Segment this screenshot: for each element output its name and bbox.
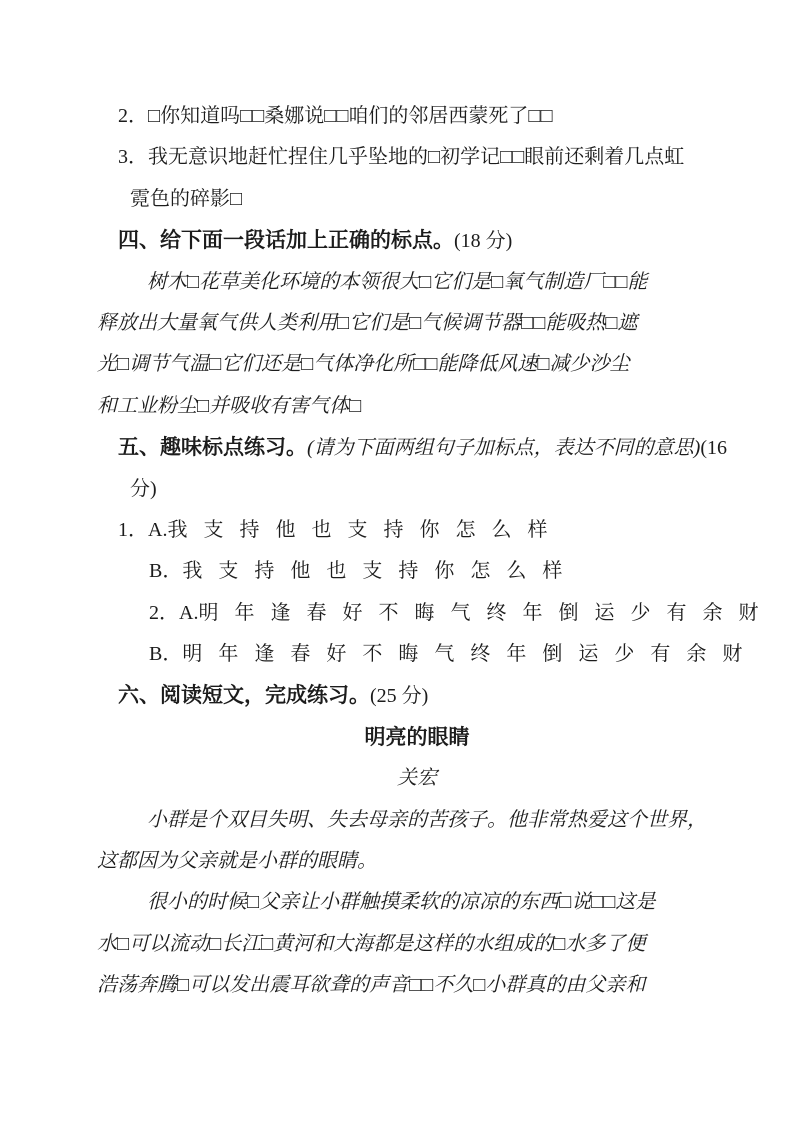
section-4-paragraph-text-3: 光□调节气温□它们还是□气体净化所□□能降低风速□减少沙尘 — [97, 353, 629, 375]
section-5-heading-note: (请为下面两组句子加标点，表达不同的意思) — [307, 437, 700, 459]
section-5-item-1b-label: B． — [149, 560, 182, 582]
passage-title: 明亮的眼睛 — [365, 726, 470, 749]
section-6-heading-line: 六、阅读短文，完成练习。(25 分) — [97, 675, 705, 716]
passage-paragraph-2-line: 很小的时候□父亲让小群触摸柔软的凉凉的东西□说□□这是 — [97, 882, 705, 923]
section-6-heading: 六、阅读短文，完成练习。 — [118, 684, 370, 707]
passage-paragraph-2-line: 水□可以流动□长江□黄河和大海都是这样的水组成的□水多了便 — [97, 924, 705, 965]
section-6-points: (25 分) — [370, 685, 428, 707]
section-4-paragraph-text-2: 释放出大量氧气供人类利用□它们是□气候调节器□□能吸热□遮 — [97, 312, 637, 334]
section-5-points-start: (16 — [700, 437, 727, 459]
question-3-line-2: 霓色的碎影□ — [97, 179, 705, 220]
section-5-item-2a-label: 2．A. — [149, 602, 198, 624]
section-5-item-1a-text: 我 支 持 他 也 支 持 你 怎 么 样 — [167, 519, 548, 541]
question-3-line-1: 3．我无意识地赶忙捏住几乎坠地的□初学记□□眼前还剩着几点虹 — [97, 137, 705, 178]
section-4-points: (18 分) — [454, 230, 512, 252]
question-3-text-line-1: 我无意识地赶忙捏住几乎坠地的□初学记□□眼前还剩着几点虹 — [148, 146, 684, 168]
section-4-paragraph-text-1: 树木□花草美化环境的本领很大□它们是□氧气制造厂□□能 — [147, 271, 647, 293]
passage-paragraph-1-text-2: 这都因为父亲就是小群的眼睛。 — [97, 850, 377, 872]
section-4-paragraph-line: 和工业粉尘□并吸收有害气体□ — [97, 386, 705, 427]
section-4-paragraph-text-4: 和工业粉尘□并吸收有害气体□ — [97, 395, 361, 417]
passage-paragraph-2-text-3: 浩荡奔腾□可以发出震耳欲聋的声音□□不久□小群真的由父亲和 — [97, 974, 645, 996]
question-2-number: 2． — [118, 105, 148, 127]
section-5-item-1a: 1．A.我 支 持 他 也 支 持 你 怎 么 样 — [97, 510, 705, 551]
passage-paragraph-1-line: 这都因为父亲就是小群的眼睛。 — [97, 841, 705, 882]
section-5-item-1b: B．我 支 持 他 也 支 持 你 怎 么 样 — [97, 551, 705, 592]
passage-paragraph-1-line: 小群是个双目失明、失去母亲的苦孩子。他非常热爱这个世界， — [97, 800, 705, 841]
section-5-item-2b: B．明 年 逢 春 好 不 晦 气 终 年 倒 运 少 有 余 财 — [97, 634, 705, 675]
question-2-line: 2．□你知道吗□□桑娜说□□咱们的邻居西蒙死了□□ — [97, 96, 705, 137]
passage-paragraph-1-text-1: 小群是个双目失明、失去母亲的苦孩子。他非常热爱这个世界， — [147, 809, 707, 831]
section-5-item-2b-text: 明 年 逢 春 好 不 晦 气 终 年 倒 运 少 有 余 财 — [182, 643, 743, 665]
section-5-item-2a: 2．A.明 年 逢 春 好 不 晦 气 终 年 倒 运 少 有 余 财 — [97, 593, 705, 634]
section-4-heading: 四、给下面一段话加上正确的标点。 — [118, 229, 454, 252]
section-5-item-1b-text: 我 支 持 他 也 支 持 你 怎 么 样 — [182, 560, 563, 582]
section-5-heading-wrap-line: 分) — [97, 469, 705, 510]
question-2-text: □你知道吗□□桑娜说□□咱们的邻居西蒙死了□□ — [148, 105, 553, 127]
question-3-number: 3． — [118, 146, 148, 168]
question-3-text-line-2: 霓色的碎影□ — [130, 188, 242, 210]
passage-author: 关宏 — [397, 767, 437, 789]
passage-author-line: 关宏 — [97, 758, 737, 799]
section-5-item-2b-label: B． — [149, 643, 182, 665]
section-5-heading-line: 五、趣味标点练习。(请为下面两组句子加标点，表达不同的意思)(16 — [97, 427, 705, 468]
section-4-paragraph-line: 树木□花草美化环境的本领很大□它们是□氧气制造厂□□能 — [97, 262, 705, 303]
passage-paragraph-2-text-1: 很小的时候□父亲让小群触摸柔软的凉凉的东西□说□□这是 — [147, 891, 655, 913]
exam-paper-page: 2．□你知道吗□□桑娜说□□咱们的邻居西蒙死了□□ 3．我无意识地赶忙捏住几乎坠… — [0, 0, 793, 1122]
section-4-heading-line: 四、给下面一段话加上正确的标点。(18 分) — [97, 220, 705, 261]
section-5-item-2a-text: 明 年 逢 春 好 不 晦 气 终 年 倒 运 少 有 余 财 — [198, 602, 759, 624]
passage-paragraph-2-text-2: 水□可以流动□长江□黄河和大海都是这样的水组成的□水多了便 — [97, 933, 645, 955]
section-4-paragraph-line: 光□调节气温□它们还是□气体净化所□□能降低风速□减少沙尘 — [97, 344, 705, 385]
section-5-heading: 五、趣味标点练习。 — [118, 436, 307, 459]
passage-paragraph-2-line: 浩荡奔腾□可以发出震耳欲聋的声音□□不久□小群真的由父亲和 — [97, 965, 705, 1006]
section-5-item-1a-label: 1．A. — [118, 519, 167, 541]
section-5-points-wrap: 分) — [130, 478, 157, 500]
section-4-paragraph-line: 释放出大量氧气供人类利用□它们是□气候调节器□□能吸热□遮 — [97, 303, 705, 344]
passage-title-line: 明亮的眼睛 — [97, 717, 737, 758]
